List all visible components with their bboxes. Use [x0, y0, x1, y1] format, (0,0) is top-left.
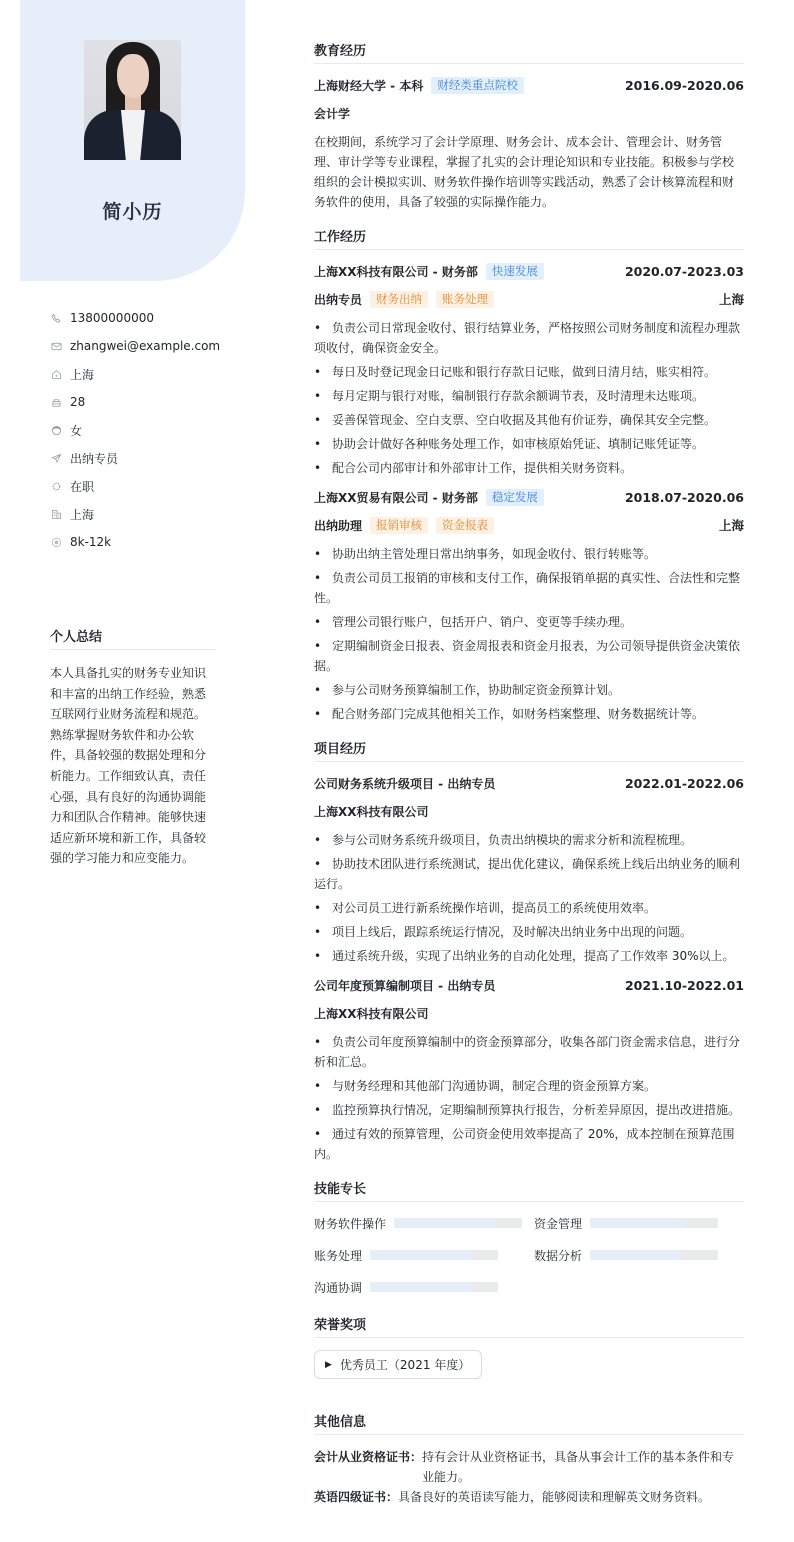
profile-photo [84, 40, 181, 160]
skill-grid: 财务软件操作 资金管理 账务处理 数据分析 沟通协调 [314, 1214, 744, 1296]
contact-age: 28 [50, 388, 220, 416]
work-entry: 上海XX贸易有限公司 - 财务部 稳定发展 2018.07-2020.06 出纳… [314, 488, 744, 724]
contact-city: 上海 [50, 500, 220, 528]
skills-section: 技能专长 财务软件操作 资金管理 账务处理 数据分析 [314, 1178, 744, 1296]
project-date: 2022.01-2022.06 [625, 776, 744, 791]
other-item: 英语四级证书： 具备良好的英语读写能力，能够阅读和理解英文财务资料。 [314, 1487, 744, 1507]
job-role: 出纳助理 [314, 517, 362, 534]
list-item: •与财务经理和其他部门沟通协调，制定合理的资金预算方案。 [314, 1076, 744, 1096]
list-item: •协助出纳主管处理日常出纳事务，如现金收付、银行转账等。 [314, 544, 744, 564]
list-item: •每日及时登记现金日记账和银行存款日记账，做到日清月结，账实相符。 [314, 362, 744, 382]
gender-icon [50, 424, 62, 436]
education-section: 教育经历 上海财经大学 - 本科 财经类重点院校 2016.09-2020.06… [314, 40, 744, 212]
list-item: •参与公司财务预算编制工作，协助制定资金预算计划。 [314, 680, 744, 700]
expand-triangle-icon: ▶ [325, 1360, 332, 1370]
other-value: 具备良好的英语读写能力，能够阅读和理解英文财务资料。 [398, 1487, 744, 1507]
mail-icon [50, 340, 62, 352]
education-date: 2016.09-2020.06 [625, 78, 744, 93]
skill-bar [370, 1282, 498, 1292]
job-role: 出纳专员 [314, 291, 362, 308]
section-title: 教育经历 [314, 40, 744, 64]
list-item: •监控预算执行情况，定期编制预算执行报告，分析差异原因，提出改进措施。 [314, 1100, 744, 1120]
list-item: •协助技术团队进行系统测试，提出优化建议，确保系统上线后出纳业务的顺利运行。 [314, 854, 744, 894]
section-title: 项目经历 [314, 738, 744, 762]
list-item: •通过有效的预算管理，公司资金使用效率提高了 20%，成本控制在预算范围内。 [314, 1124, 744, 1164]
projects-section: 项目经历 公司财务系统升级项目 - 出纳专员 2022.01-2022.06 上… [314, 738, 744, 1164]
skill-bar [394, 1218, 522, 1228]
list-item: •负责公司年度预算编制中的资金预算部分，收集各部门资金需求信息，进行分析和汇总。 [314, 1032, 744, 1072]
awards-section: 荣誉奖项 ▶ 优秀员工（2021 年度） [314, 1314, 744, 1397]
work-date: 2018.07-2020.06 [625, 490, 744, 505]
contact-phone: 13800000000 [50, 304, 220, 332]
section-title: 荣誉奖项 [314, 1314, 744, 1338]
duty-list: •协助出纳主管处理日常出纳事务，如现金收付、银行转账等。 •负责公司员工报销的审… [314, 544, 744, 724]
work-location: 上海 [719, 290, 744, 308]
school-tag: 财经类重点院校 [431, 77, 524, 94]
salary-icon [50, 536, 62, 548]
other-value: 持有会计从业资格证书，具备从事会计工作的基本条件和专业能力。 [422, 1447, 744, 1487]
list-item: •参与公司财务系统升级项目，负责出纳模块的需求分析和流程梳理。 [314, 830, 744, 850]
skill-tag: 账务处理 [436, 291, 494, 308]
project-list: •负责公司年度预算编制中的资金预算部分，收集各部门资金需求信息，进行分析和汇总。… [314, 1032, 744, 1164]
list-item: •每月定期与银行对账，编制银行存款余额调节表，及时清理未达账项。 [314, 386, 744, 406]
skill-bar [590, 1218, 718, 1228]
education-header: 上海财经大学 - 本科 财经类重点院校 2016.09-2020.06 [314, 76, 744, 94]
other-section: 其他信息 会计从业资格证书： 持有会计从业资格证书，具备从事会计工作的基本条件和… [314, 1411, 744, 1507]
contact-email: zhangwei@example.com [50, 332, 220, 360]
profile-header: 简小历 [20, 0, 245, 281]
contact-home: 上海 [50, 360, 220, 388]
project-entry: 公司财务系统升级项目 - 出纳专员 2022.01-2022.06 上海XX科技… [314, 774, 744, 966]
list-item: •管理公司银行账户，包括开户、销户、变更等手续办理。 [314, 612, 744, 632]
company-name: 上海XX贸易有限公司 - 财务部 [314, 489, 478, 506]
company-tag: 稳定发展 [486, 489, 544, 506]
contact-salary: 8k-12k [50, 528, 220, 556]
project-company: 上海XX科技有限公司 [314, 1005, 429, 1022]
home-icon [50, 368, 62, 380]
project-name: 公司年度预算编制项目 - 出纳专员 [314, 977, 495, 994]
project-date: 2021.10-2022.01 [625, 978, 744, 993]
work-section: 工作经历 上海XX科技有限公司 - 财务部 快速发展 2020.07-2023.… [314, 226, 744, 724]
skill-item: 沟通协调 [314, 1278, 534, 1296]
project-company: 上海XX科技有限公司 [314, 803, 429, 820]
list-item: •负责公司员工报销的审核和支付工作，确保报销单据的真实性、合法性和完整性。 [314, 568, 744, 608]
list-item: •协助会计做好各种账务处理工作，如审核原始凭证、填制记账凭证等。 [314, 434, 744, 454]
skill-tag: 资金报表 [436, 517, 494, 534]
contact-list: 13800000000 zhangwei@example.com 上海 28 [50, 304, 220, 556]
list-item: •配合公司内部审计和外部审计工作，提供相关财务资料。 [314, 458, 744, 478]
contact-position: 出纳专员 [50, 444, 220, 472]
major: 会计学 [314, 105, 350, 122]
section-title: 技能专长 [314, 1178, 744, 1202]
sidebar: 简小历 13800000000 zhangwei@example.com 上海 [20, 0, 250, 281]
other-key: 英语四级证书： [314, 1487, 398, 1507]
company-name: 上海XX科技有限公司 - 财务部 [314, 263, 478, 280]
other-item: 会计从业资格证书： 持有会计从业资格证书，具备从事会计工作的基本条件和专业能力。 [314, 1447, 744, 1487]
building-icon [50, 508, 62, 520]
personal-summary: 个人总结 本人具备扎实的财务专业知识和丰富的出纳工作经验，熟悉互联网行业财务流程… [50, 626, 215, 869]
phone-icon [50, 312, 62, 324]
skill-tag: 报销审核 [370, 517, 428, 534]
other-key: 会计从业资格证书： [314, 1447, 422, 1487]
list-item: •定期编制资金日报表、资金周报表和资金月报表，为公司领导提供资金决策依据。 [314, 636, 744, 676]
list-item: •通过系统升级，实现了出纳业务的自动化处理，提高了工作效率 30%以上。 [314, 946, 744, 966]
skill-bar [590, 1250, 718, 1260]
skill-item: 财务软件操作 [314, 1214, 534, 1232]
company-tag: 快速发展 [486, 263, 544, 280]
project-entry: 公司年度预算编制项目 - 出纳专员 2021.10-2022.01 上海XX科技… [314, 976, 744, 1164]
skill-item: 账务处理 [314, 1246, 534, 1264]
resume-page: 简小历 13800000000 zhangwei@example.com 上海 [0, 0, 794, 1542]
summary-title: 个人总结 [50, 626, 215, 650]
skill-item: 资金管理 [534, 1214, 744, 1232]
project-name: 公司财务系统升级项目 - 出纳专员 [314, 775, 495, 792]
contact-gender: 女 [50, 416, 220, 444]
list-item: •负责公司日常现金收付、银行结算业务，严格按照公司财务制度和流程办理款项收付，确… [314, 318, 744, 358]
skill-bar [370, 1250, 498, 1260]
work-entry: 上海XX科技有限公司 - 财务部 快速发展 2020.07-2023.03 出纳… [314, 262, 744, 478]
project-list: •参与公司财务系统升级项目，负责出纳模块的需求分析和流程梳理。 •协助技术团队进… [314, 830, 744, 966]
summary-text: 本人具备扎实的财务专业知识和丰富的出纳工作经验，熟悉互联网行业财务流程和规范。熟… [50, 663, 215, 869]
education-description: 在校期间，系统学习了会计学原理、财务会计、成本会计、管理会计、财务管理、审计学等… [314, 132, 744, 212]
skill-item: 数据分析 [534, 1246, 744, 1264]
work-location: 上海 [719, 516, 744, 534]
work-date: 2020.07-2023.03 [625, 264, 744, 279]
award-item[interactable]: ▶ 优秀员工（2021 年度） [314, 1350, 482, 1379]
school-name: 上海财经大学 - 本科 [314, 77, 423, 94]
main-content: 教育经历 上海财经大学 - 本科 财经类重点院校 2016.09-2020.06… [314, 40, 744, 1521]
list-item: •项目上线后，跟踪系统运行情况，及时解决出纳业务中出现的问题。 [314, 922, 744, 942]
age-icon [50, 396, 62, 408]
section-title: 其他信息 [314, 1411, 744, 1435]
contact-status: 在职 [50, 472, 220, 500]
list-item: •配合财务部门完成其他相关工作，如财务档案整理、财务数据统计等。 [314, 704, 744, 724]
section-title: 工作经历 [314, 226, 744, 250]
status-icon [50, 480, 62, 492]
list-item: •对公司员工进行新系统操作培训，提高员工的系统使用效率。 [314, 898, 744, 918]
send-icon [50, 452, 62, 464]
list-item: •妥善保管现金、空白支票、空白收据及其他有价证券，确保其安全完整。 [314, 410, 744, 430]
skill-tag: 财务出纳 [370, 291, 428, 308]
candidate-name: 简小历 [20, 197, 245, 224]
duty-list: •负责公司日常现金收付、银行结算业务，严格按照公司财务制度和流程办理款项收付，确… [314, 318, 744, 478]
